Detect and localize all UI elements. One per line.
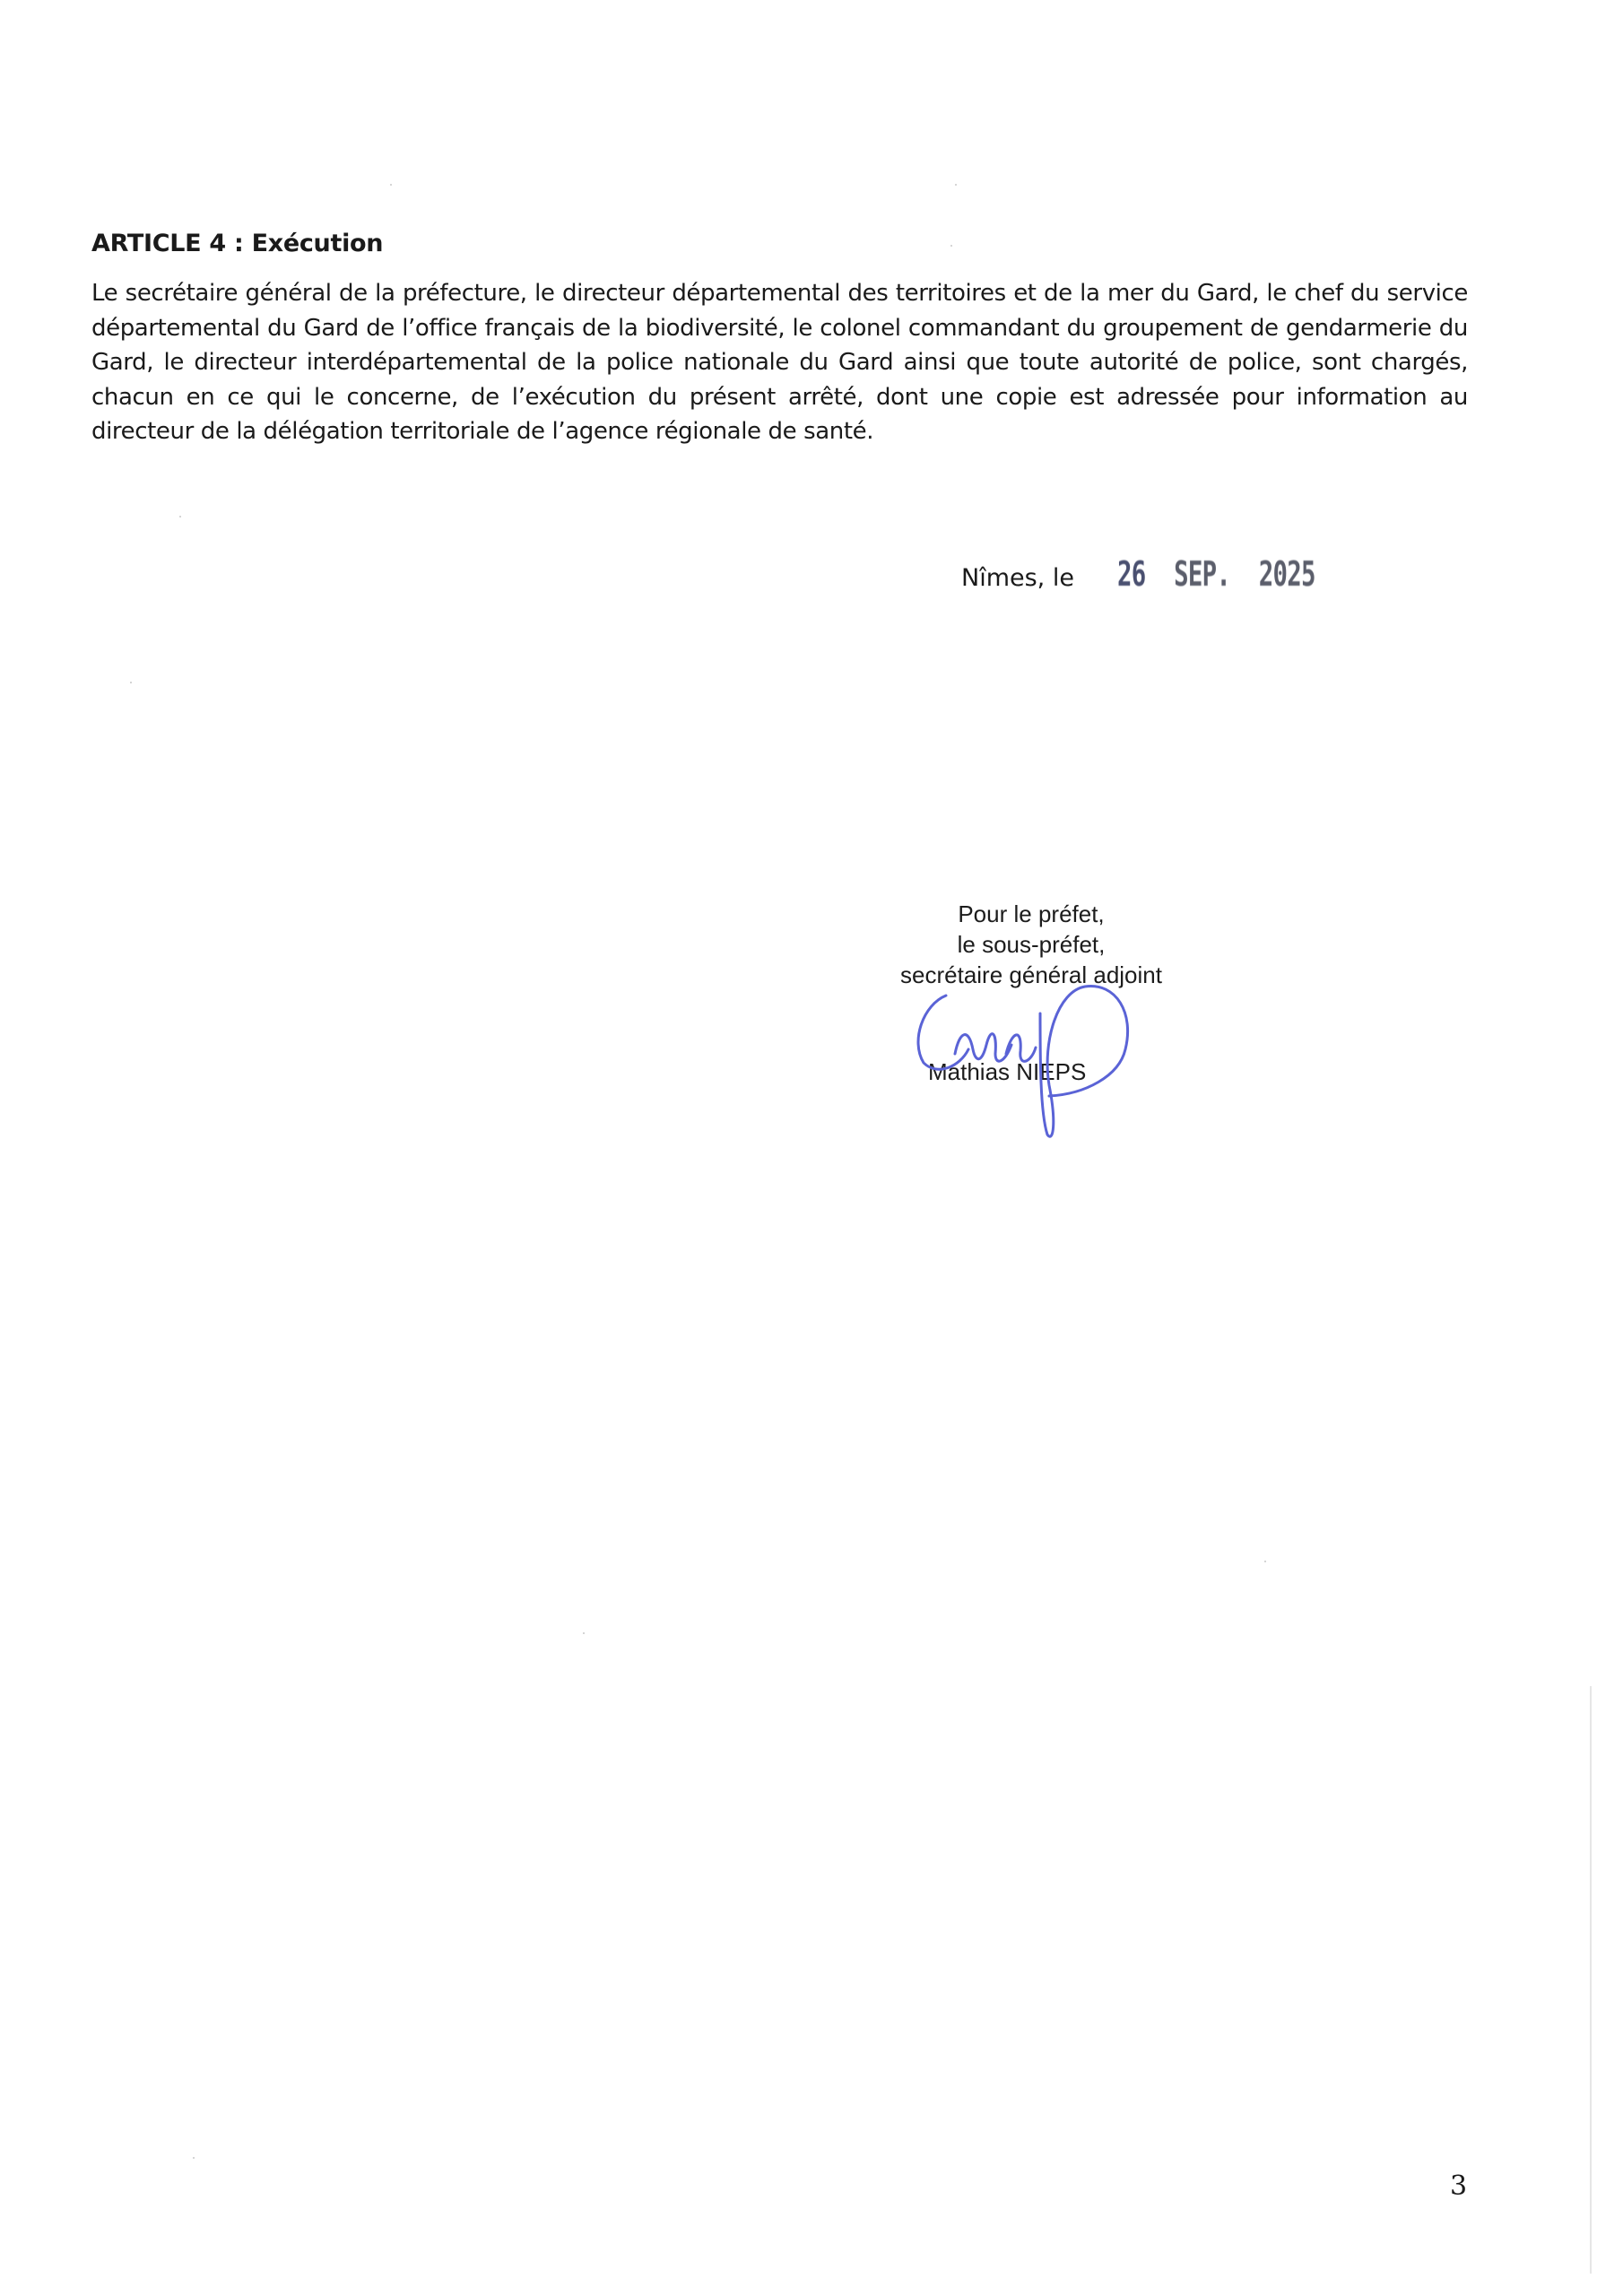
scan-edge-line xyxy=(1590,1686,1592,2274)
document-page: ARTICLE 4 : Exécution Le secrétaire géné… xyxy=(0,0,1623,2296)
stamp-month: SEP. xyxy=(1174,554,1230,594)
signature-block: Pour le préfet, le sous-préfet, secrétai… xyxy=(861,899,1202,990)
scan-speck xyxy=(390,184,392,186)
place-label: Nîmes, le xyxy=(961,564,1074,592)
scan-speck xyxy=(950,245,952,247)
signature-line-1: Pour le préfet, xyxy=(861,899,1202,929)
stamp-day: 26 xyxy=(1117,554,1146,594)
date-line: Nîmes, le 26 SEP. 2025 xyxy=(961,554,1393,594)
date-stamp: 26 SEP. 2025 xyxy=(1117,554,1315,594)
handwritten-signature-icon xyxy=(906,978,1175,1148)
page-number: 3 xyxy=(1450,2170,1467,2202)
scan-speck xyxy=(179,516,181,517)
scan-speck xyxy=(955,184,957,186)
article-body: Le secrétaire général de la préfecture, … xyxy=(91,276,1468,449)
scan-speck xyxy=(1264,1561,1266,1562)
article-title: ARTICLE 4 : Exécution xyxy=(91,230,383,257)
scan-speck xyxy=(583,1632,585,1634)
stamp-year: 2025 xyxy=(1259,554,1315,594)
scan-speck xyxy=(193,2157,195,2159)
scan-speck xyxy=(130,682,132,683)
signature-line-2: le sous-préfet, xyxy=(861,929,1202,960)
